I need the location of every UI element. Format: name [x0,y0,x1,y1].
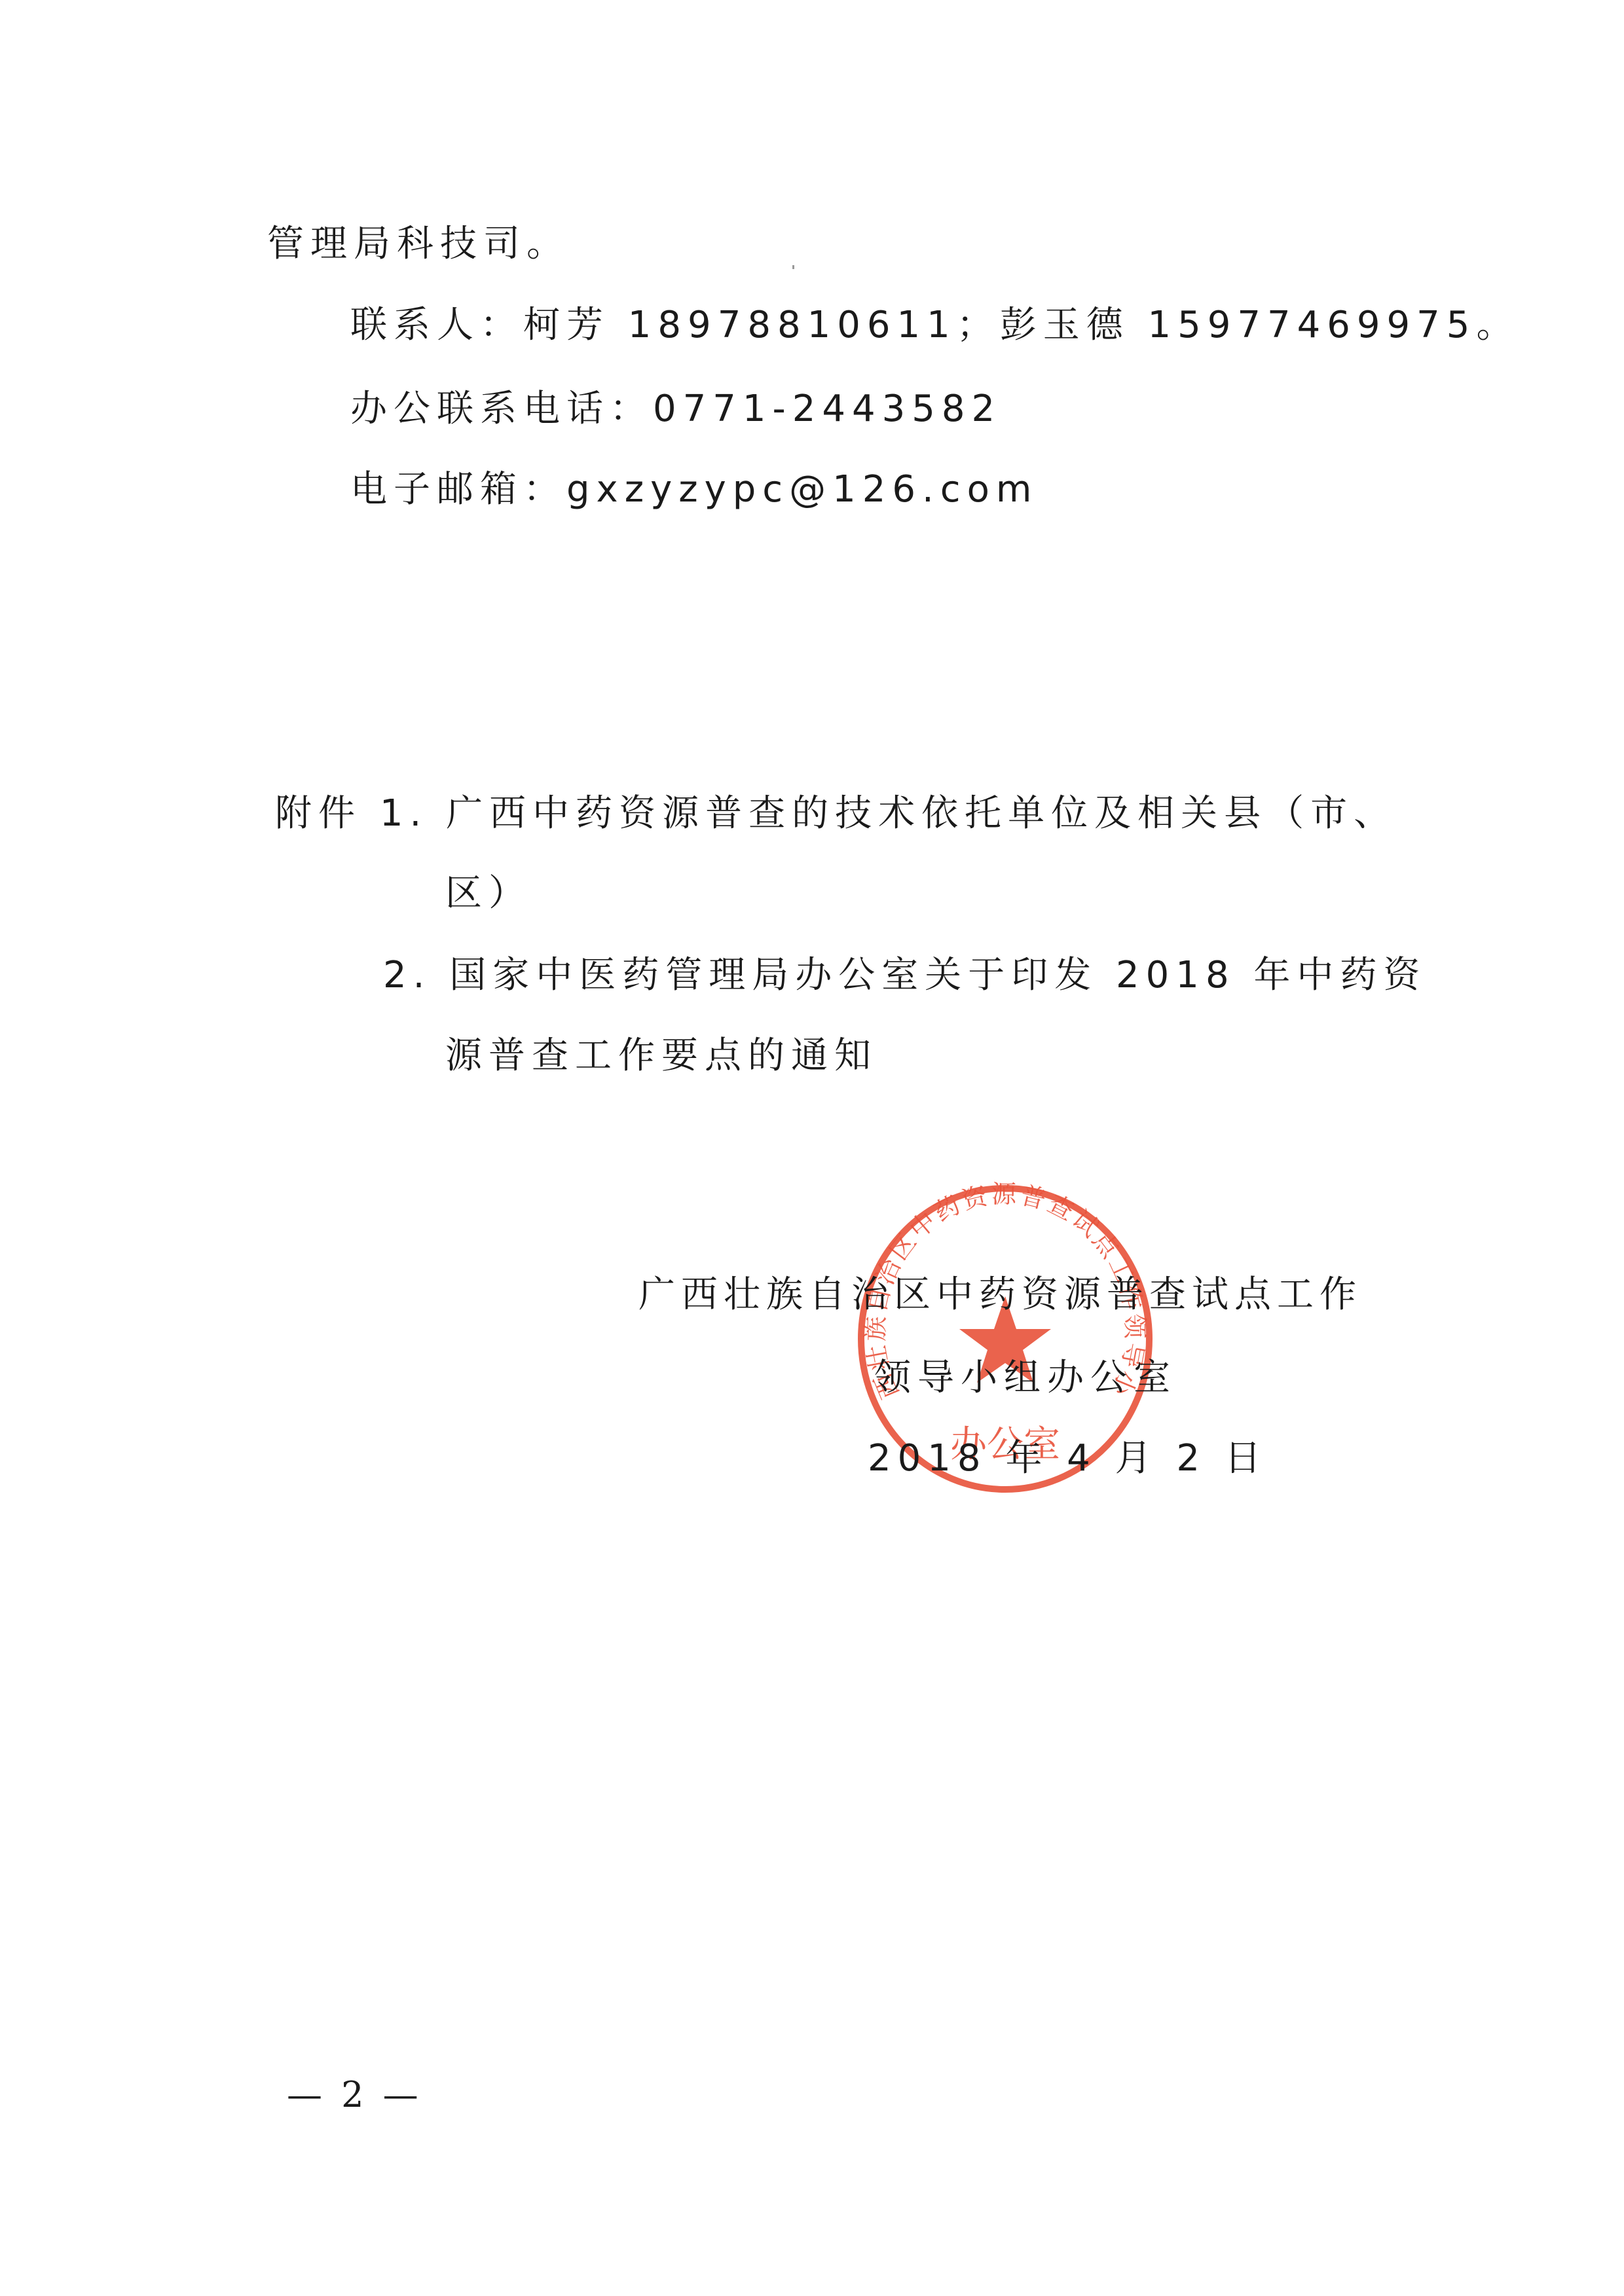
attachment-1-title-cont: 区） [445,871,532,917]
contact-persons: 联系人：柯芳 18978810611；彭玉德 15977469975。 [350,302,1519,348]
attachment-2-title: 国家中医药管理局办公室关于印发 2018 年中药资 [449,954,1426,996]
attachment-1: 附件 1. 广西中药资源普查的技术依托单位及相关县（市、 [275,791,1397,837]
attachment-label: 附件 [275,792,361,835]
attachment-2: 2. 国家中医药管理局办公室关于印发 2018 年中药资 [383,953,1426,998]
attachment-2-title-cont: 源普查工作要点的通知 [445,1033,877,1079]
body-line-1: 管理局科技司。 [267,221,570,267]
page-number: — 2 — [287,2072,422,2118]
email: 电子邮箱：gxzyzypc@126.com [350,467,1038,513]
attachment-1-index: 1. [380,792,428,835]
scan-speck [792,265,794,269]
office-phone: 办公联系电话：0771-2443582 [350,386,1001,432]
signature-date: 2018 年 4 月 2 日 [868,1436,1268,1482]
signature-org-line-2: 领导小组办公室 [874,1355,1177,1401]
attachment-2-index: 2. [383,954,431,996]
attachment-1-title: 广西中药资源普查的技术依托单位及相关县（市、 [446,792,1397,835]
signature-org-line-1: 广西壮族自治区中药资源普查试点工作 [638,1272,1362,1318]
